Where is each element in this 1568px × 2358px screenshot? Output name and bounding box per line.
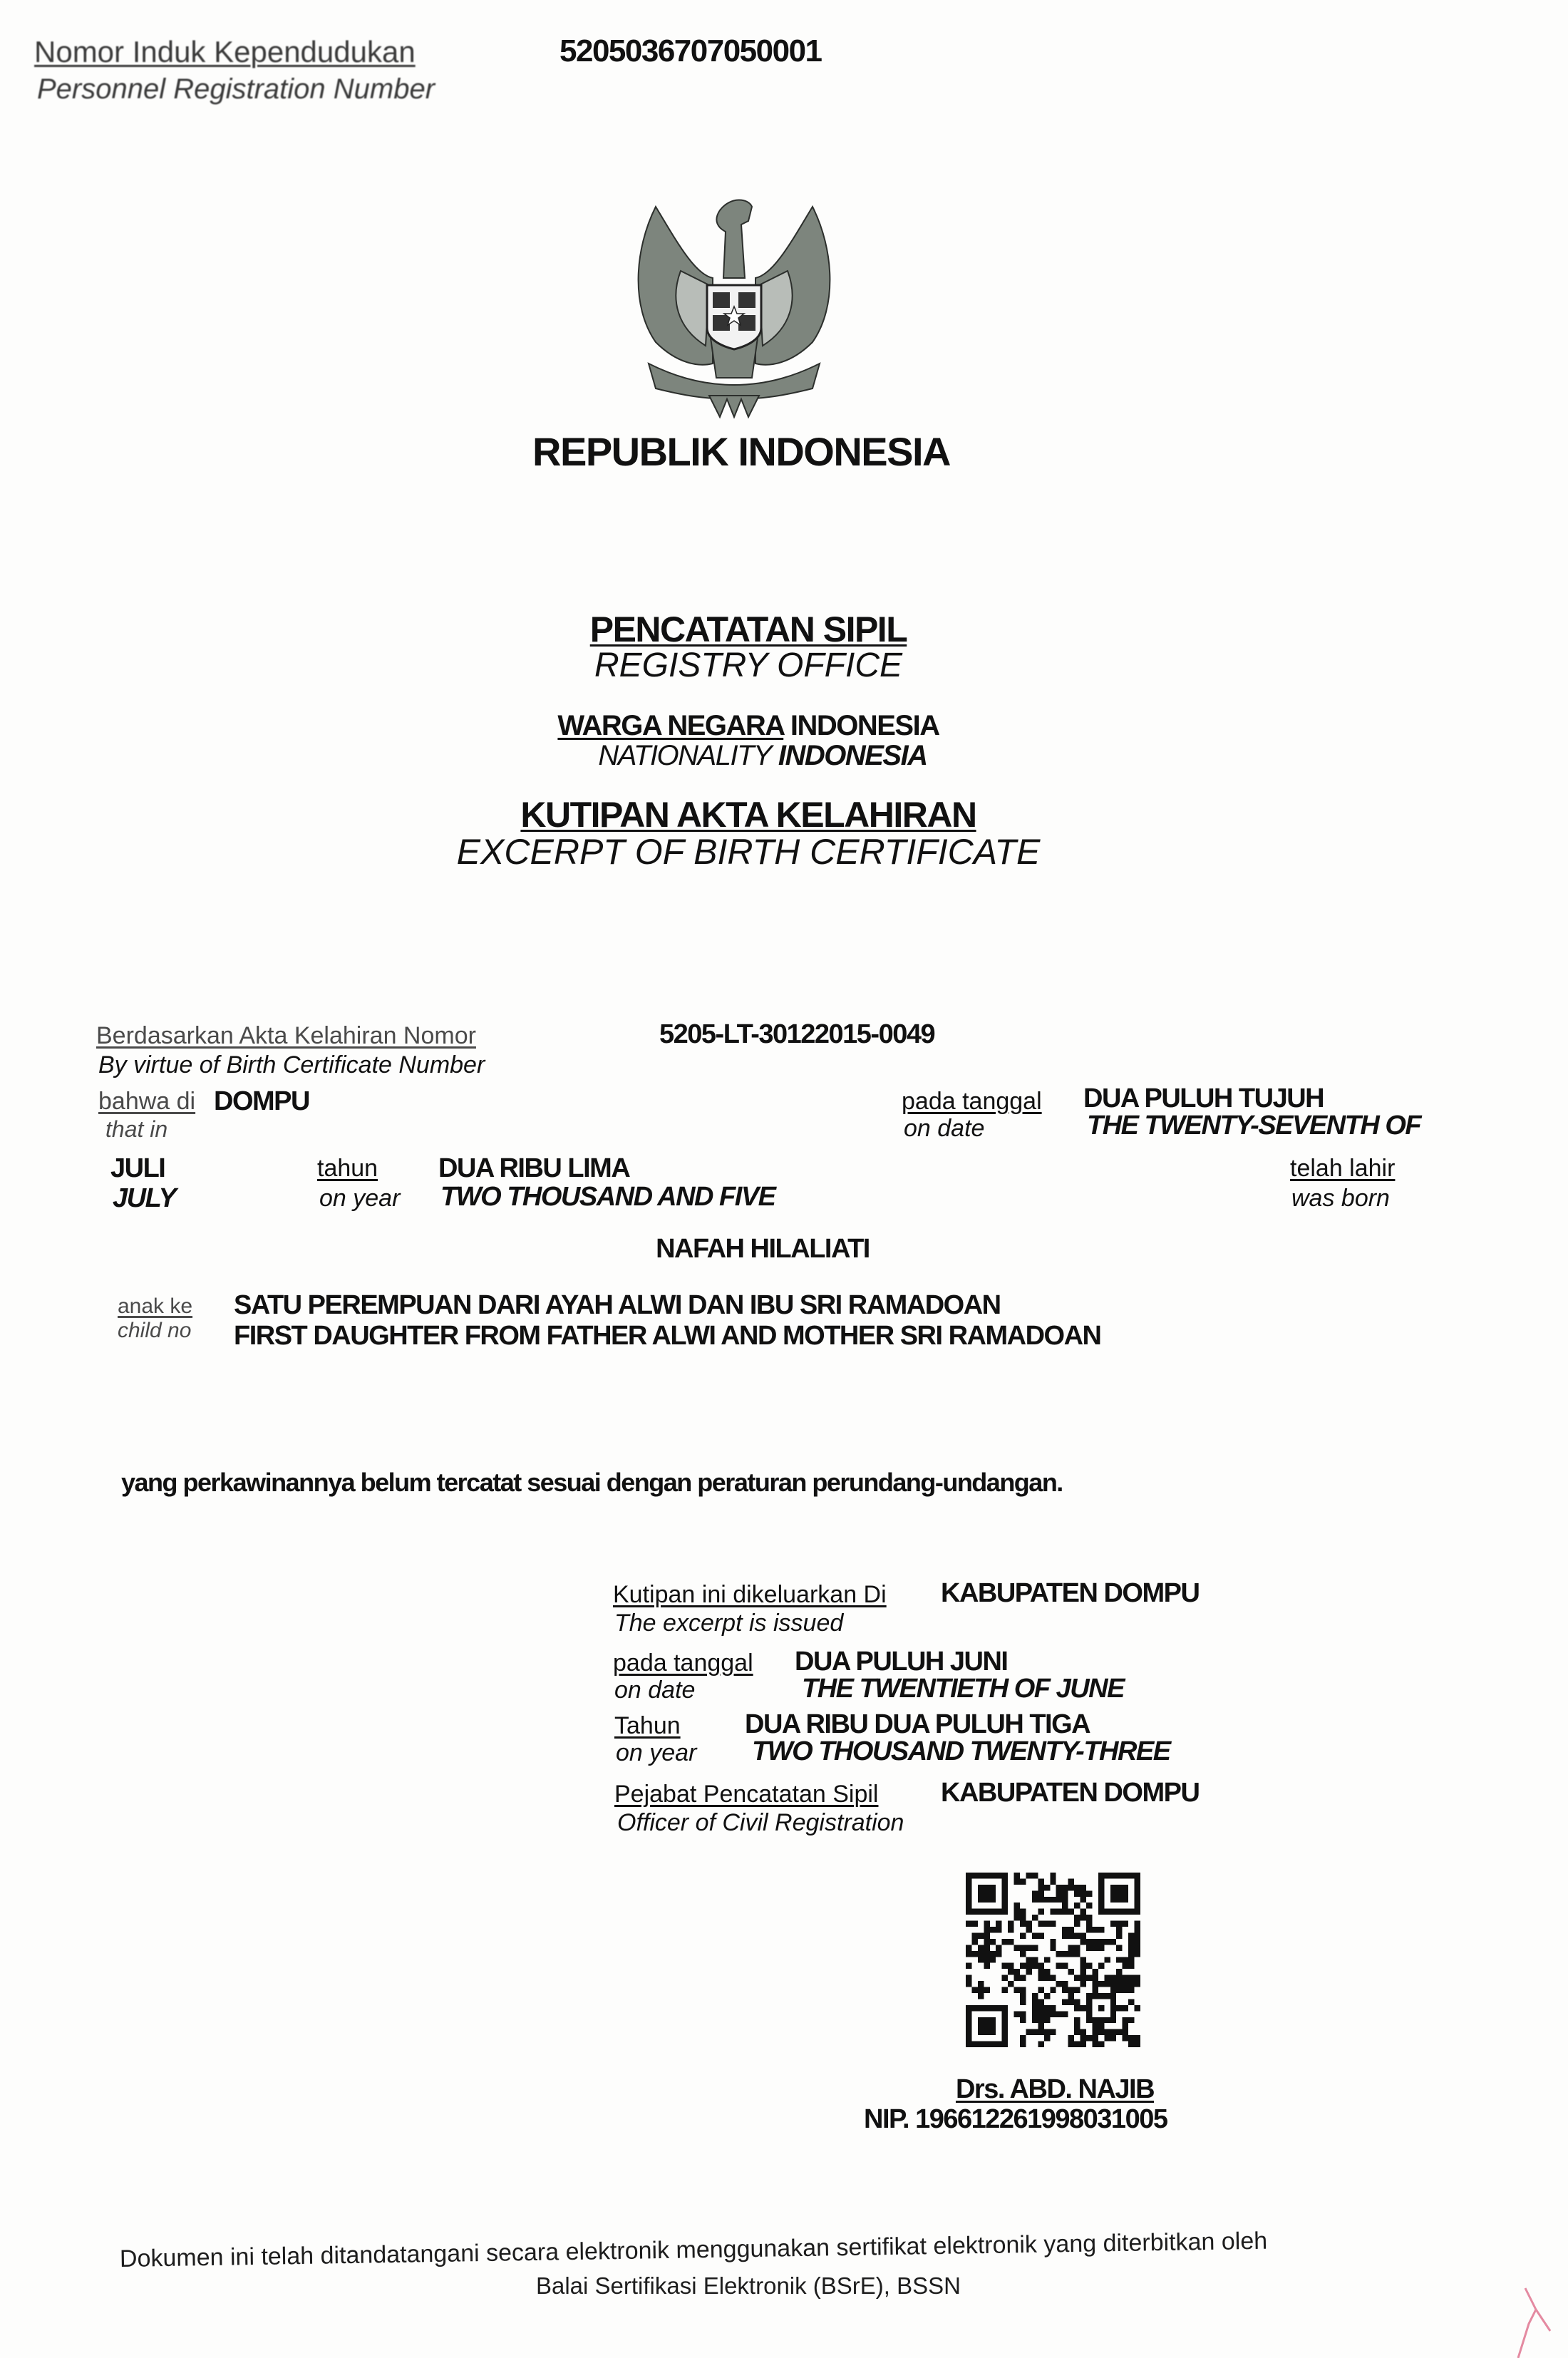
issued-year-label: Tahun — [614, 1714, 681, 1738]
nik-label: Nomor Induk Kependudukan — [34, 37, 416, 67]
cert-number-label: Berdasarkan Akta Kelahiran Nomor — [96, 1024, 476, 1048]
garuda-emblem-icon — [627, 192, 841, 421]
office-title-en: REGISTRY OFFICE — [0, 649, 1497, 683]
cert-number-value: 5205-LT-30122015-0049 — [659, 1021, 934, 1048]
issued-year-label-en: on year — [616, 1741, 696, 1765]
born-label-en: was born — [1291, 1186, 1390, 1210]
nationality-value-en: INDONESIA — [778, 740, 927, 771]
nationality-row-en: NATIONALITY INDONESIA — [0, 741, 1497, 770]
document-title-en: EXCERPT OF BIRTH CERTIFICATE — [0, 834, 1497, 870]
cert-number-label-en: By virtue of Birth Certificate Number — [98, 1053, 485, 1077]
signer-name: Drs. ABD. NAJIB — [927, 2076, 1183, 2103]
issued-date-label: pada tanggal — [613, 1651, 753, 1675]
nationality-label-en: NATIONALITY — [598, 740, 771, 771]
esign-notice-line1: Dokumen ini telah ditandatangani secara … — [120, 2229, 1268, 2271]
esign-notice-line2: Balai Sertifikasi Elektronik (BSrE), BSS… — [0, 2274, 1497, 2297]
birth-date-label-en: on date — [904, 1116, 984, 1141]
child-order-label: anak ke — [118, 1296, 192, 1317]
office-title: PENCATATAN SIPIL — [0, 612, 1497, 647]
birth-year-label-en: on year — [319, 1186, 400, 1210]
issued-year-value-en: TWO THOUSAND TWENTY-THREE — [752, 1738, 1170, 1765]
birth-day-value: DUA PULUH TUJUH — [1083, 1085, 1324, 1112]
issued-place-label: Kutipan ini dikeluarkan Di — [613, 1582, 887, 1607]
child-name: NAFAH HILALIATI — [0, 1235, 1525, 1262]
issued-date-value-en: THE TWENTIETH OF JUNE — [802, 1675, 1124, 1702]
child-order-value-en: FIRST DAUGHTER FROM FATHER ALWI AND MOTH… — [234, 1322, 1100, 1349]
officer-place-value: KABUPATEN DOMPU — [941, 1779, 1199, 1806]
qr-code-icon[interactable] — [966, 1873, 1140, 2047]
birth-year-label: tahun — [317, 1156, 378, 1180]
birth-place-label: bahwa di — [98, 1089, 195, 1113]
nik-label-en: Personnel Registration Number — [37, 75, 435, 103]
birth-month-value-en: JULY — [113, 1185, 175, 1212]
issued-date-label-en: on date — [614, 1678, 695, 1702]
stamp-mark-icon — [1504, 2274, 1561, 2358]
nationality-value: INDONESIA — [790, 710, 939, 741]
signer-nip: NIP. 196612261998031005 — [864, 2106, 1167, 2133]
birth-year-value: DUA RIBU LIMA — [438, 1155, 629, 1182]
nationality-label: WARGA NEGARA — [557, 710, 783, 741]
birth-year-value-en: TWO THOUSAND AND FIVE — [440, 1183, 775, 1210]
nationality-row: WARGA NEGARA INDONESIA — [0, 711, 1497, 740]
country-title: REPUBLIK INDONESIA — [0, 432, 1482, 472]
officer-label: Pejabat Pencatatan Sipil — [614, 1782, 878, 1806]
issued-date-value: DUA PULUH JUNI — [795, 1648, 1008, 1675]
birth-place-label-en: that in — [105, 1118, 167, 1141]
birth-date-label: pada tanggal — [902, 1089, 1042, 1113]
birth-day-value-en: THE TWENTY-SEVENTH OF — [1087, 1112, 1420, 1139]
issued-place-value: KABUPATEN DOMPU — [941, 1580, 1199, 1607]
issued-year-value: DUA RIBU DUA PULUH TIGA — [745, 1711, 1090, 1738]
child-order-value: SATU PEREMPUAN DARI AYAH ALWI DAN IBU SR… — [234, 1292, 1001, 1319]
issued-place-label-en: The excerpt is issued — [614, 1611, 843, 1635]
marriage-note: yang perkawinannya belum tercatat sesuai… — [121, 1470, 1063, 1495]
document-title: KUTIPAN AKTA KELAHIRAN — [0, 797, 1497, 833]
born-label: telah lahir — [1290, 1156, 1395, 1180]
birth-place-value: DOMPU — [214, 1088, 309, 1115]
nik-value: 5205036707050001 — [559, 36, 822, 67]
officer-label-en: Officer of Civil Registration — [617, 1811, 904, 1835]
child-order-label-en: child no — [118, 1320, 191, 1342]
birth-month-value: JULI — [110, 1155, 165, 1182]
